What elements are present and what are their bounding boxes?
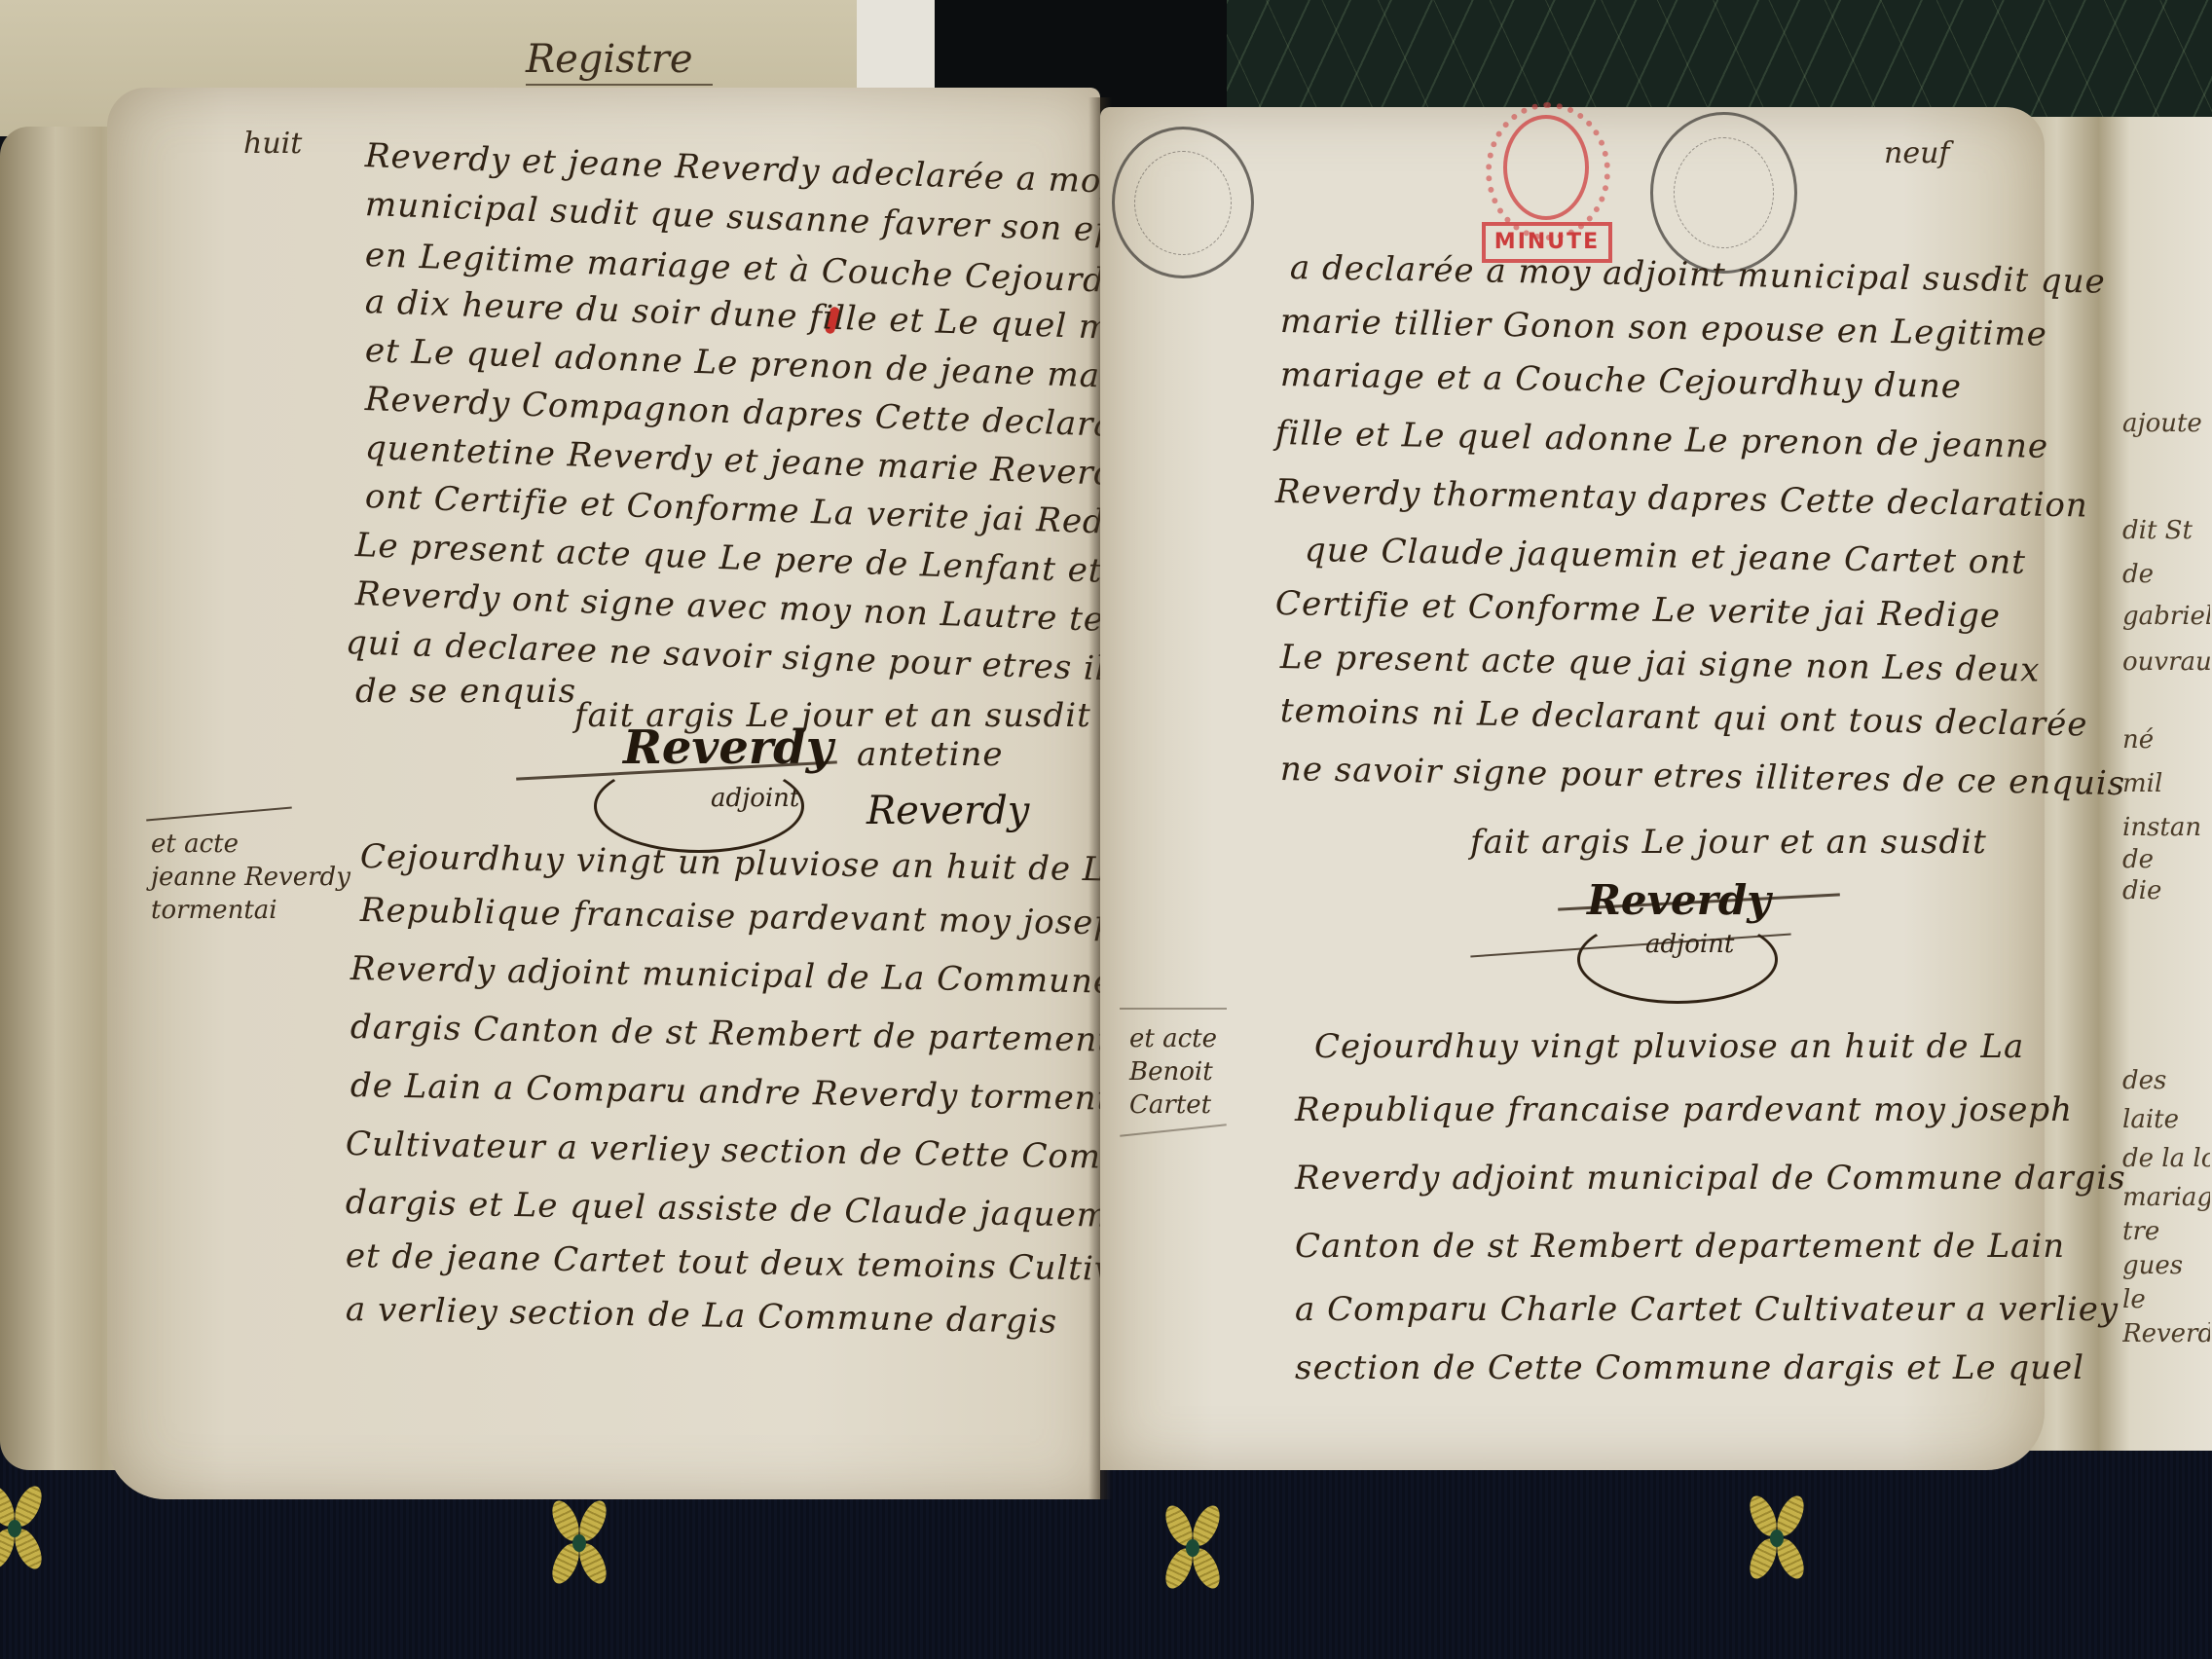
signature-second: Reverdy [866,789,1029,833]
right-page: MINUTE neuf a declarée a moy adjoint mun… [1100,107,2045,1470]
margin-note-line: tormentai [151,894,350,927]
left-page: huit Reverdy et jeane Reverdy adeclarée … [107,88,1100,1499]
text-line: temoins ni Le declarant qui ont tous dec… [1280,691,2088,744]
signature-flourish [1577,915,1778,1004]
text-line: de Lain a Comparu andre Reverdy tormenta… [350,1066,1144,1119]
fragment-text: mil [2122,769,2210,798]
text-line: section de Cette Commune dargis et Le qu… [1295,1348,2084,1387]
text-line: Cultivateur a verliey section de Cette C… [346,1124,1199,1178]
second-signatory-label: antetine [857,735,1004,774]
fragment-text: le [2122,1285,2210,1314]
text-line: Republique francaise pardevant moy josep… [360,891,1139,943]
fragment-text: laite [2122,1105,2210,1134]
fragment-text: tre [2122,1217,2210,1246]
flower-icon [1743,1494,1811,1582]
text-line: Reverdy adjoint municipal de La Commune [350,949,1115,1002]
text-line: Reverdy thormentay dapres Cette declarat… [1275,472,2088,526]
register-label: Registre [526,37,693,82]
text-line: Cejourdhuy vingt un pluviose an huit de … [360,837,1126,890]
text-line: dargis et Le quel assiste de Claude jaqu… [346,1183,1143,1235]
text-line: marie tillier Gonon son epouse en Legiti… [1280,302,2048,354]
page-number: neuf [1884,136,1950,170]
flower-icon [545,1499,613,1587]
fragment-text: dit St [2122,516,2210,545]
fragment-text: mariage [2122,1183,2210,1212]
text-line: et de jeane Cartet tout deux temoins Cul… [346,1236,1209,1290]
text-line: a Comparu Charle Cartet Cultivateur a ve… [1295,1290,2119,1329]
fragment-text: de la loi [2122,1144,2210,1173]
fragment-text: ouvrau [2122,647,2210,677]
text-line: Republique francaise pardevant moy josep… [1295,1090,2073,1129]
text-line: mariage et a Couche Cejourdhuy dune [1280,355,1963,406]
text-line: Le present acte que jai signe non Les de… [1280,638,2041,690]
red-minute-stamp: MINUTE [1476,97,1612,263]
text-line: a declarée a moy adjoint municipal susdi… [1290,248,2106,302]
text-line: fait argis Le jour et an susdit [1470,823,1987,862]
text-line: Reverdy adjoint municipal de Commune dar… [1295,1159,2126,1198]
gray-seal-stamp [1650,112,1797,274]
margin-note-line: Cartet [1129,1088,1217,1122]
seal-inner [1674,137,1775,248]
fragment-text: des [2122,1066,2210,1095]
text-line: que Claude jaquemin et jeane Cartet ont [1305,531,2027,582]
text-line: Cejourdhuy vingt pluviose an huit de La [1314,1027,2024,1066]
gray-seal-stamp [1112,127,1254,278]
fragment-text: de [2122,560,2210,589]
fragment-text: né [2122,725,2210,755]
text-line: fille et Le quel adonne Le prenon de jea… [1275,414,2049,466]
text-line: de se enquis [355,672,576,711]
margin-rule [1120,1124,1227,1136]
fragment-text: gues [2122,1251,2210,1280]
margin-note-line: Benoit [1129,1055,1217,1088]
stamp-oval [1503,115,1589,220]
seal-inner [1134,151,1232,255]
margin-note-line: jeanne Reverdy [151,861,350,894]
margin-note: et acte jeanne Reverdy tormentai [151,828,350,927]
fragment-text: Reverdy [2122,1319,2210,1348]
fragment-text: gabriel [2122,602,2210,631]
flower-icon [1159,1504,1227,1592]
margin-note-line: et acte [151,828,350,861]
fragment-text: ajoute [2122,409,2210,438]
text-line: ne savoir signe pour etres illiteres de … [1280,750,2126,803]
text-line: a verliey section de La Commune dargis [346,1290,1058,1342]
fragment-text: die [2122,876,2210,905]
flower-icon [0,1485,49,1572]
fragment-text: de [2122,845,2210,874]
fragment-text: instan [2122,813,2210,842]
text-line: Certifie et Conforme Le verite jai Redig… [1275,584,2002,636]
page-number: huit [243,127,302,161]
margin-rule [1120,1008,1227,1010]
margin-note-line: et acte [1129,1022,1217,1055]
text-line: dargis Canton de st Rembert de partement [350,1008,1113,1060]
margin-note: et acte Benoit Cartet [1129,1022,1217,1122]
margin-rule [146,806,292,821]
signature-flourish [594,759,804,853]
text-line: Canton de st Rembert departement de Lain [1295,1227,2065,1266]
